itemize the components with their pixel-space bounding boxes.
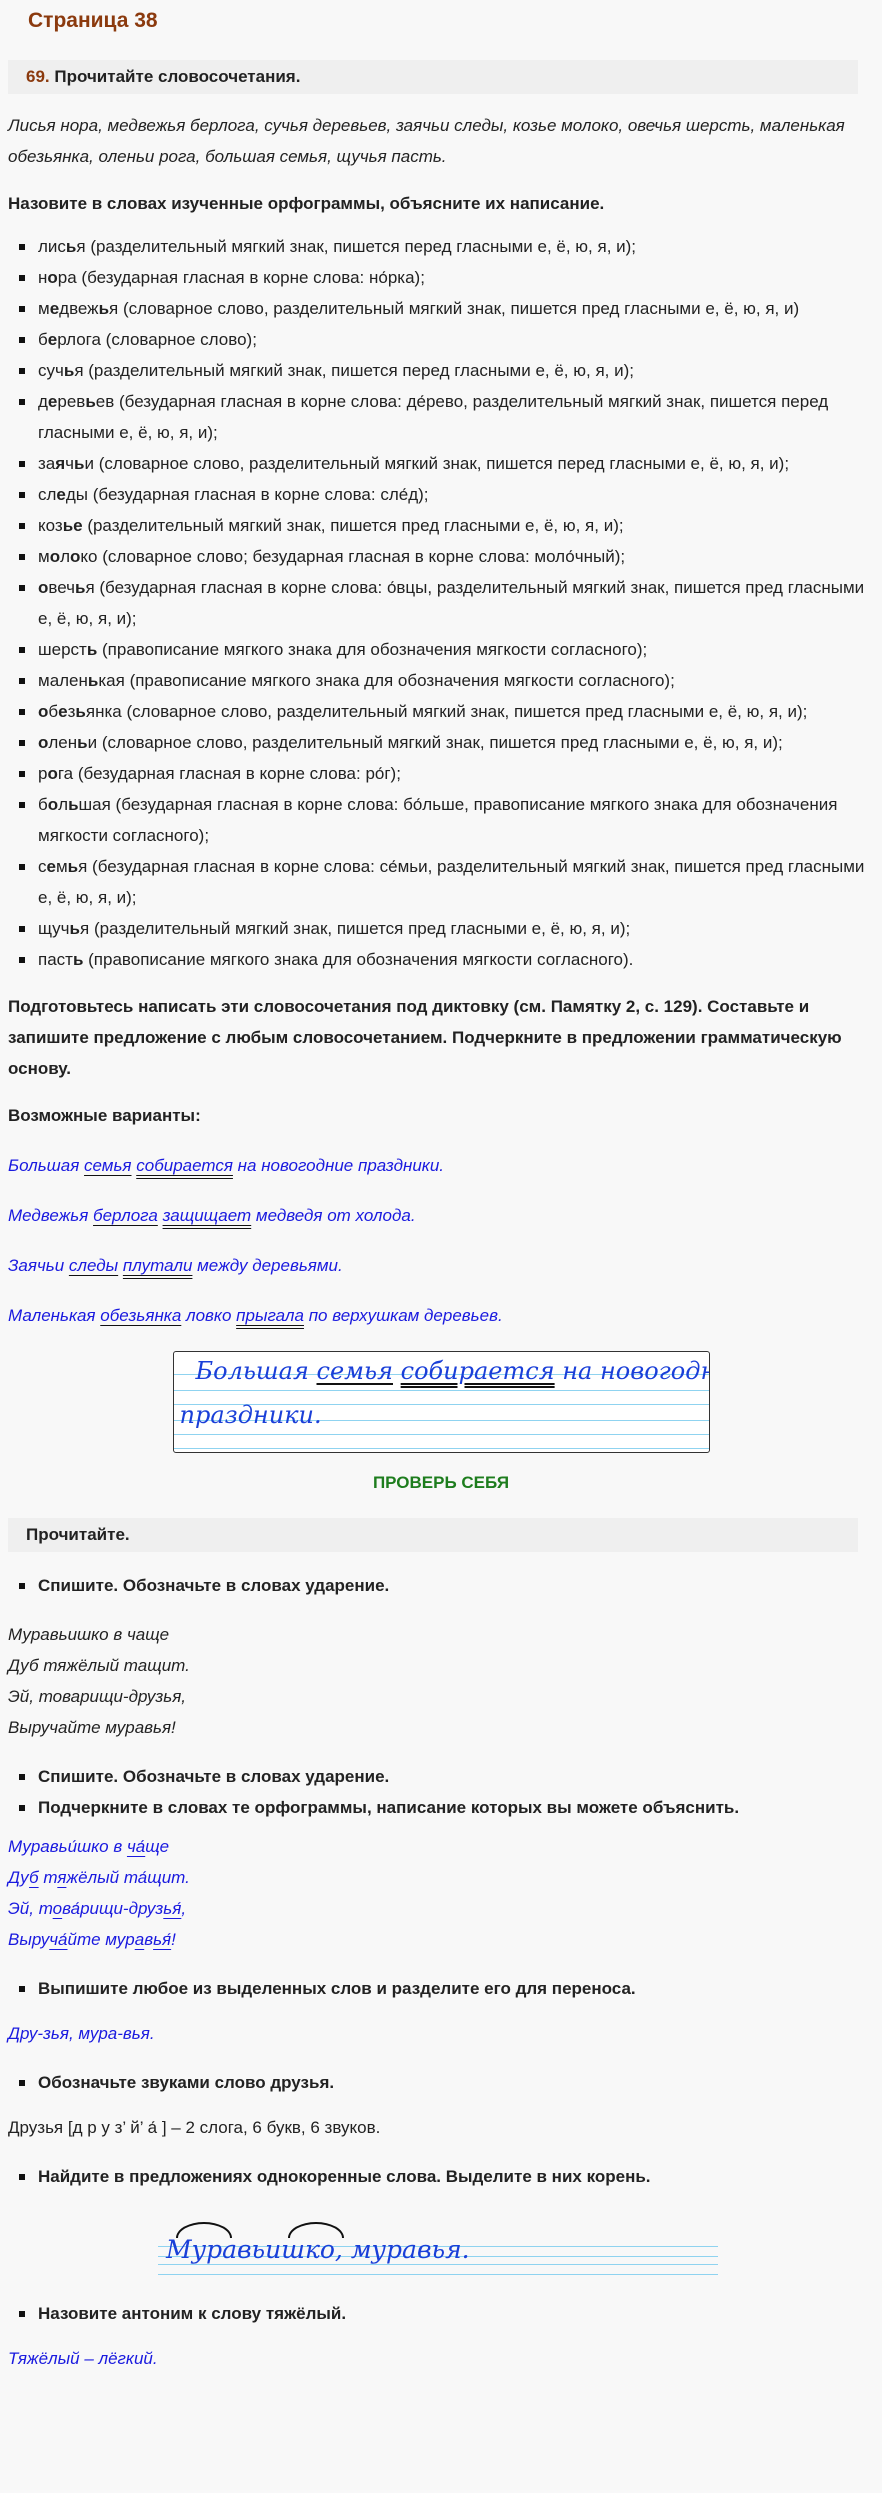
poem-line: Дуб тяжёлый тащит. xyxy=(8,1650,874,1681)
item-word: маленькая xyxy=(38,671,125,690)
page-title: Страница 38 xyxy=(8,0,874,44)
instruction-list: Найдите в предложениях однокоренные слов… xyxy=(8,2161,874,2192)
orthogram-item: щучья (разделительный мягкий знак, пишет… xyxy=(38,913,874,944)
phrases-text: Лисья нора, медвежья берлога, сучья дере… xyxy=(8,110,874,172)
answer-sentences: Большая семья собирается на новогодние п… xyxy=(8,1150,874,1331)
task-title: Прочитайте. xyxy=(26,1525,130,1544)
item-explanation: (правописание мягкого знака для обозначе… xyxy=(83,950,633,969)
instruction-list: Обозначьте звуками слово друзья. xyxy=(8,2067,874,2098)
item-word: оленьи xyxy=(38,733,97,752)
variants-label: Возможные варианты: xyxy=(8,1100,874,1131)
instruction-item: Выпишите любое из выделенных слов и разд… xyxy=(38,1973,874,2004)
item-word: медвежья xyxy=(38,299,118,318)
item-explanation: (словарное слово, разделительный мягкий … xyxy=(122,702,808,721)
instruction-list: Спишите. Обозначьте в словах ударение. xyxy=(8,1570,874,1601)
orthogram-item: большая (безударная гласная в корне слов… xyxy=(38,789,874,851)
question-orthograms: Назовите в словах изученные орфограммы, … xyxy=(8,188,874,219)
item-word: обезьянка xyxy=(38,702,122,721)
orthogram-item: пасть (правописание мягкого знака для об… xyxy=(38,944,874,975)
poem-answer-line: Муравьи́шко в ча́ще xyxy=(8,1831,874,1862)
handwriting-image: Большая семья собирается на новогодние п… xyxy=(173,1351,710,1453)
orthogram-item: сучья (разделительный мягкий знак, пишет… xyxy=(38,355,874,386)
instruction-item: Назовите антоним к слову тяжёлый. xyxy=(38,2298,874,2329)
orthogram-item: козье (разделительный мягкий знак, пишет… xyxy=(38,510,874,541)
poem-line: Выручайте муравья! xyxy=(8,1712,874,1743)
orthogram-item: нора (безударная гласная в корне слова: … xyxy=(38,262,874,293)
handwriting-roots-image: Муравьишко, муравья. xyxy=(158,2220,718,2280)
poem-answer-line: Выруча́йте муравья́! xyxy=(8,1924,874,1955)
instruction-item: Найдите в предложениях однокоренные слов… xyxy=(38,2161,874,2192)
orthogram-item: обезьянка (словарное слово, разделительн… xyxy=(38,696,874,727)
item-explanation: (разделительный мягкий знак, пишется пре… xyxy=(89,919,630,938)
orthogram-item: маленькая (правописание мягкого знака дл… xyxy=(38,665,874,696)
item-explanation: (безударная гласная в корне слова: се́мь… xyxy=(38,857,864,907)
poem-line: Муравьишко в чаще xyxy=(8,1619,874,1650)
item-explanation: (словарное слово, разделительный мягкий … xyxy=(118,299,799,318)
item-explanation: (словарное слово, разделительный мягкий … xyxy=(97,733,783,752)
orthogram-item: медвежья (словарное слово, разделительны… xyxy=(38,293,874,324)
handwriting-line-1: Большая семья собирается на новогодние xyxy=(196,1356,710,1387)
orthogram-item: заячьи (словарное слово, разделительный … xyxy=(38,448,874,479)
task-number: 69. xyxy=(26,67,50,86)
item-word: берлога xyxy=(38,330,101,349)
orthogram-item: молоко (словарное слово; безударная глас… xyxy=(38,541,874,572)
item-explanation: (разделительный мягкий знак, пишется пре… xyxy=(83,516,624,535)
instruction-list: Выпишите любое из выделенных слов и разд… xyxy=(8,1973,874,2004)
orthogram-item: шерсть (правописание мягкого знака для о… xyxy=(38,634,874,665)
answer-sentence: Маленькая обезьянка ловко прыгала по вер… xyxy=(8,1300,874,1331)
item-explanation: (словарное слово); xyxy=(101,330,257,349)
answer-sentence: Заячьи следы плутали между деревьями. xyxy=(8,1250,874,1281)
item-word: нора xyxy=(38,268,77,287)
orthogram-item: семья (безударная гласная в корне слова:… xyxy=(38,851,874,913)
poem-answer-line: Эй, това́рищи-друзья́, xyxy=(8,1893,874,1924)
item-explanation: (правописание мягкого знака для обозначе… xyxy=(97,640,647,659)
orthogram-item: деревьев (безударная гласная в корне сло… xyxy=(38,386,874,448)
answer-sentence: Большая семья собирается на новогодние п… xyxy=(8,1150,874,1181)
item-word: деревьев xyxy=(38,392,114,411)
handwriting-roots-text: Муравьишко, муравья. xyxy=(166,2234,470,2265)
item-explanation: (правописание мягкого знака для обозначе… xyxy=(125,671,675,690)
answer-sounds: Друзья [д р у з’ й’ а́ ] – 2 слога, 6 бу… xyxy=(8,2112,874,2143)
item-explanation: (разделительный мягкий знак, пишется пер… xyxy=(84,361,634,380)
orthogram-item: следы (безударная гласная в корне слова:… xyxy=(38,479,874,510)
question-dictation: Подготовьтесь написать эти словосочетани… xyxy=(8,991,874,1084)
item-word: пасть xyxy=(38,950,83,969)
answer-sentence: Медвежья берлога защищает медведя от хол… xyxy=(8,1200,874,1231)
poem-answer: Муравьи́шко в ча́щеДуб тяжёлый та́щит.Эй… xyxy=(8,1831,874,1955)
item-word: молоко xyxy=(38,547,97,566)
item-explanation: (безударная гласная в корне слова: но́рк… xyxy=(77,268,425,287)
item-word: овечья xyxy=(38,578,95,597)
instruction-item: Подчеркните в словах те орфограммы, напи… xyxy=(38,1792,874,1823)
item-word: лисья xyxy=(38,237,86,256)
item-word: шерсть xyxy=(38,640,97,659)
item-explanation: (безударная гласная в корне слова: бо́ль… xyxy=(38,795,837,845)
poem-line: Эй, товарищи-друзья, xyxy=(8,1681,874,1712)
task-title: Прочитайте словосочетания. xyxy=(54,67,300,86)
item-explanation: (разделительный мягкий знак, пишется пер… xyxy=(86,237,636,256)
item-word: заячьи xyxy=(38,454,94,473)
answer-antonym: Тяжёлый – лёгкий. xyxy=(8,2343,874,2374)
poem: Муравьишко в чащеДуб тяжёлый тащит.Эй, т… xyxy=(8,1619,874,1743)
check-yourself-link[interactable]: ПРОВЕРЬ СЕБЯ xyxy=(8,1467,874,1498)
instruction-list: Спишите. Обозначьте в словах ударение. П… xyxy=(8,1761,874,1823)
orthogram-list: лисья (разделительный мягкий знак, пишет… xyxy=(8,231,874,975)
item-word: щучья xyxy=(38,919,89,938)
orthogram-item: овечья (безударная гласная в корне слова… xyxy=(38,572,874,634)
instruction-item: Спишите. Обозначьте в словах ударение. xyxy=(38,1570,874,1601)
orthogram-item: лисья (разделительный мягкий знак, пишет… xyxy=(38,231,874,262)
item-explanation: (безударная гласная в корне слова: ро́г)… xyxy=(73,764,401,783)
orthogram-item: берлога (словарное слово); xyxy=(38,324,874,355)
item-word: рога xyxy=(38,764,73,783)
item-word: козье xyxy=(38,516,83,535)
item-word: семья xyxy=(38,857,87,876)
instruction-list: Назовите антоним к слову тяжёлый. xyxy=(8,2298,874,2329)
poem-answer-line: Дуб тяжёлый та́щит. xyxy=(8,1862,874,1893)
item-explanation: (словарное слово; безударная гласная в к… xyxy=(97,547,625,566)
item-explanation: (безударная гласная в корне слова: де́ре… xyxy=(38,392,828,442)
orthogram-item: рога (безударная гласная в корне слова: … xyxy=(38,758,874,789)
item-word: следы xyxy=(38,485,88,504)
task-69-header: 69. Прочитайте словосочетания. xyxy=(8,60,858,94)
answer-hyphenation: Дру-зья, мура-вья. xyxy=(8,2018,874,2049)
item-word: сучья xyxy=(38,361,84,380)
item-explanation: (безударная гласная в корне слова: сле́д… xyxy=(88,485,428,504)
item-explanation: (словарное слово, разделительный мягкий … xyxy=(94,454,789,473)
orthogram-item: оленьи (словарное слово, разделительный … xyxy=(38,727,874,758)
page: Страница 38 69. Прочитайте словосочетани… xyxy=(0,0,882,2374)
item-word: большая xyxy=(38,795,111,814)
instruction-item: Спишите. Обозначьте в словах ударение. xyxy=(38,1761,874,1792)
instruction-item: Обозначьте звуками слово друзья. xyxy=(38,2067,874,2098)
item-explanation: (безударная гласная в корне слова: о́вцы… xyxy=(38,578,864,628)
task-2-header: Прочитайте. xyxy=(8,1518,858,1552)
handwriting-line-2: праздники. xyxy=(180,1400,322,1431)
